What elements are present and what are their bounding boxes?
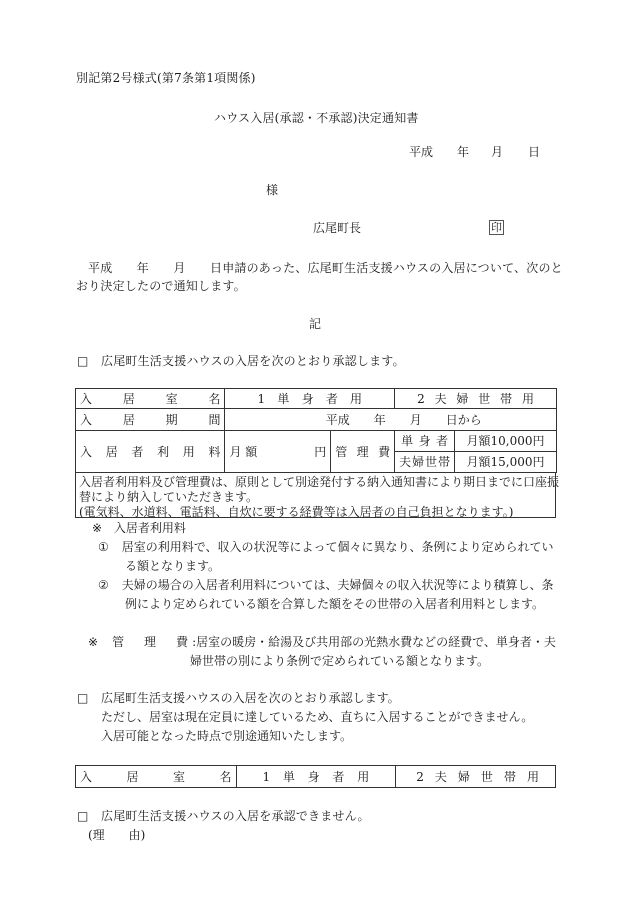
item-number: ② xyxy=(98,578,109,592)
issuer-name: 広尾町長 xyxy=(313,222,361,234)
mgmt-fee-label: 管理費 xyxy=(331,431,395,473)
monthly-fee-label: 月 額 xyxy=(229,446,257,458)
intro-line-2: おり決定したので通知します。 xyxy=(76,280,246,292)
remark-item-1: ①居室の利用料で、収入の状況等によって個々に異なり、条例により定められてい る額… xyxy=(98,538,554,576)
mgmt-remark: ※ 管理費 : 居室の暖房・給湯及び共用部の光熱水費などの経費で、単身者・夫 婦… xyxy=(88,633,556,671)
section3-checkbox[interactable]: □ xyxy=(77,810,88,822)
intro-line-1: 平成 年 月 日申請のあった、広尾町生活支援ハウスの入居について、次のと xyxy=(88,262,563,274)
date-year: 年 xyxy=(457,146,469,158)
section2-text: 広尾町生活支援ハウスの入居を次のとおり承認します。 ただし、居室は現在定員に達し… xyxy=(101,689,533,746)
remarks-heading: ※ 入居者利用料 xyxy=(92,519,186,538)
section1-checkbox[interactable]: □ xyxy=(77,355,88,367)
room-option-single: 1単身者用 xyxy=(225,389,395,409)
item-number: ① xyxy=(98,540,109,554)
fee-type-couple: 夫婦世帯 xyxy=(395,452,455,473)
monthly-fee-cell: 月 額 円 xyxy=(225,431,331,473)
note-mark: ※ xyxy=(88,633,98,652)
document-title: ハウス入居(承認・不承認)決定通知書 xyxy=(214,112,419,124)
room-label: 入居室名 xyxy=(76,389,225,409)
room-option-single: 1単身者用 xyxy=(236,766,396,788)
period-label: 入居期間 xyxy=(76,409,225,431)
yen-unit: 円 xyxy=(314,446,326,458)
section1-text: 広尾町生活支援ハウスの入居を次のとおり承認します。 xyxy=(101,355,405,367)
note-mark: ※ xyxy=(92,521,102,535)
room-option-couple: 2夫婦世帯用 xyxy=(395,389,557,409)
fee-label: 入居者利用料 xyxy=(76,431,225,473)
fee-amount-single: 月額10,000円 xyxy=(455,431,557,452)
payment-notes: 入居者利用料及び管理費は、原則として別途発付する納入通知書により期日までに口座振… xyxy=(75,472,556,518)
note-line: (電気料、水道料、電話料、自炊に要する経費等は入居者の自己負担となります。) xyxy=(79,505,552,520)
room-option-couple: 2夫婦世帯用 xyxy=(396,766,556,788)
ki-heading: 記 xyxy=(309,318,321,330)
approval-table: 入居室名 1単身者用 2夫婦世帯用 入居期間 平成 年 月 日から 入居者利用料… xyxy=(75,388,557,473)
room-label: 入居室名 xyxy=(76,766,237,788)
addressee-suffix: 様 xyxy=(266,184,278,196)
section3-text: 広尾町生活支援ハウスの入居を承認できません。 xyxy=(101,810,370,822)
seal-mark: 印 xyxy=(489,220,504,235)
waitlist-table: 入居室名 1単身者用 2夫婦世帯用 xyxy=(75,765,556,788)
fee-type-single: 単身者 xyxy=(395,431,455,452)
remark-item-2: ②夫婦の場合の入居者利用料については、夫婦個々の収入状況等により積算し、条 例に… xyxy=(98,576,554,614)
date-day: 日 xyxy=(528,146,540,158)
date-month: 月 xyxy=(491,146,503,158)
section2-checkbox[interactable]: □ xyxy=(77,692,88,704)
note-line: 入居者利用料及び管理費は、原則として別途発付する納入通知書により期日までに口座振 xyxy=(79,475,552,490)
fee-amount-couple: 月額15,000円 xyxy=(455,452,557,473)
date-era: 平成 xyxy=(409,146,433,158)
period-value: 平成 年 月 日から xyxy=(225,409,557,431)
form-reference: 別記第2号様式(第7条第1項関係) xyxy=(76,72,256,84)
note-line: 替により納入していただきます。 xyxy=(79,490,552,505)
reason-label: (理 由) xyxy=(88,829,145,841)
